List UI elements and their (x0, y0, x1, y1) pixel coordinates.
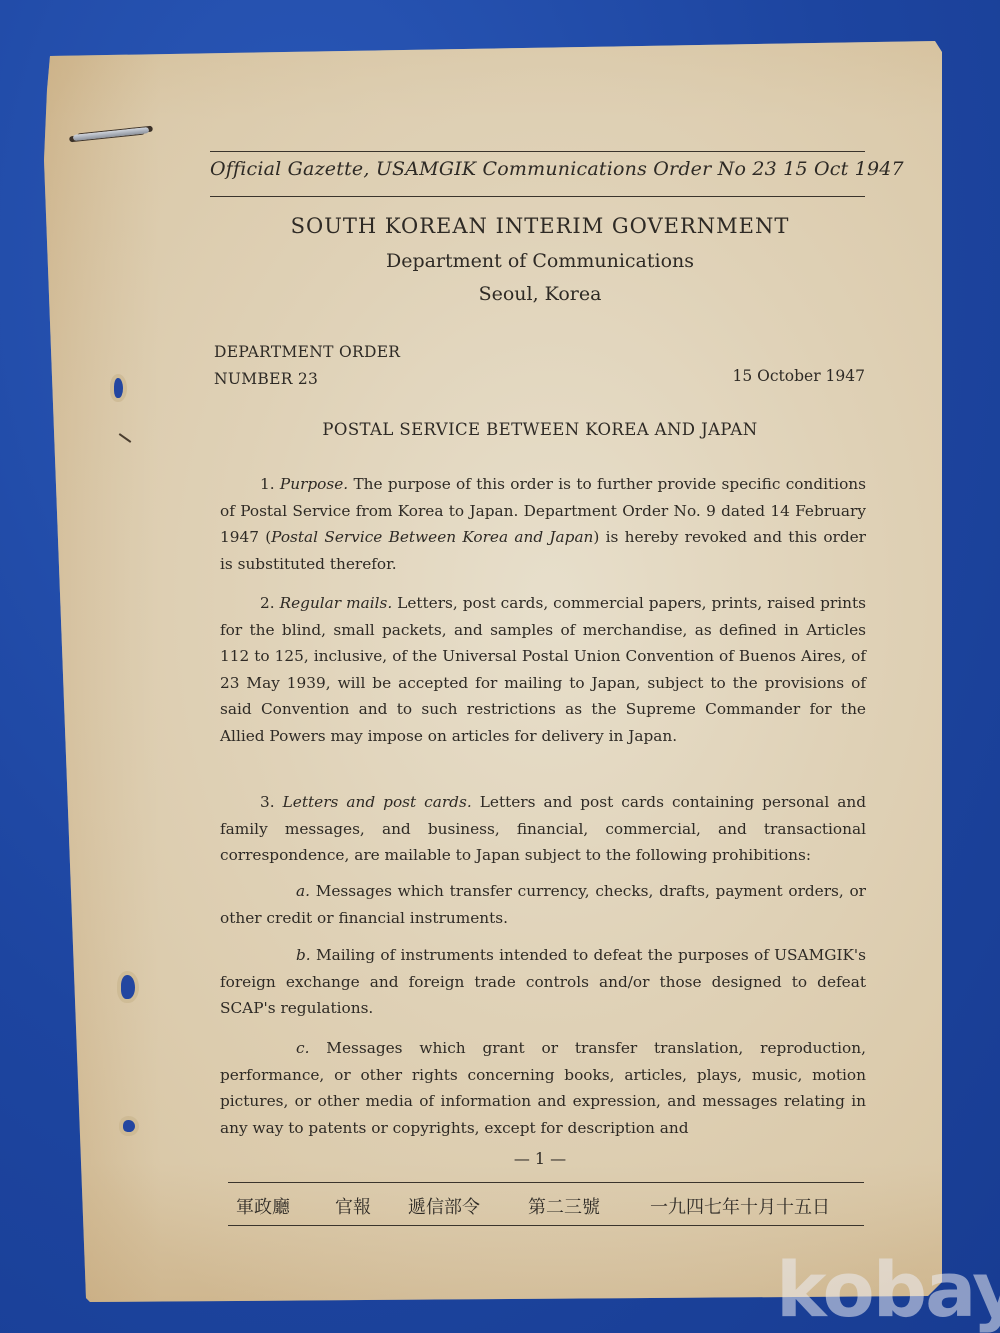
footer-cjk-dept-order: 遞信部令 (408, 1193, 480, 1219)
footer-cjk-date: 一九四七年十月十五日 (650, 1193, 830, 1219)
subitem-text: Messages which grant or transfer transla… (220, 1039, 866, 1137)
government-name: SOUTH KOREAN INTERIM GOVERNMENT (200, 214, 880, 238)
footer-cjk-number: 第二三號 (528, 1193, 600, 1219)
gazette-line: Official Gazette, USAMGIK Communications… (210, 158, 865, 180)
paragraph-number: 1. (260, 475, 275, 493)
subitem-letter: b. (296, 946, 311, 964)
location: Seoul, Korea (200, 283, 880, 305)
footer-cjk-military-govt: 軍政廳 (236, 1193, 290, 1219)
order-date: 15 October 1947 (733, 367, 865, 385)
order-number: NUMBER 23 (214, 370, 318, 388)
punch-hole (114, 378, 123, 398)
punch-hole (123, 1120, 135, 1132)
paragraph-heading: Purpose. (280, 475, 348, 493)
subitem-b: b. Mailing of instruments intended to de… (220, 942, 866, 1022)
subitem-a: a. Messages which transfer currency, che… (220, 878, 866, 931)
subitem-letter: c. (296, 1039, 309, 1057)
subitem-text: Messages which transfer currency, checks… (220, 882, 866, 927)
referenced-order-title: Postal Service Between Korea and Japan (271, 528, 593, 546)
order-label: DEPARTMENT ORDER (214, 343, 400, 361)
paragraph-heading: Letters and post cards. (283, 793, 472, 811)
subitem-text: Mailing of instruments intended to defea… (220, 946, 866, 1017)
paragraph-2: 2. Regular mails. Letters, post cards, c… (220, 590, 866, 749)
footer-cjk-gazette: 官報 (335, 1193, 371, 1219)
subitem-letter: a. (296, 882, 310, 900)
paragraph-text: Letters, post cards, commercial papers, … (220, 594, 866, 745)
paragraph-number: 3. (260, 793, 275, 811)
paragraph-heading: Regular mails. (280, 594, 393, 612)
punch-hole (121, 975, 135, 999)
footer-rule-bottom (228, 1225, 864, 1226)
footer-rule-top (228, 1182, 864, 1183)
page-number: — 1 — (200, 1149, 880, 1168)
order-title: POSTAL SERVICE BETWEEN KOREA AND JAPAN (200, 420, 880, 439)
watermark-logo: kobay (776, 1252, 1000, 1328)
subitem-c: c. Messages which grant or transfer tran… (220, 1035, 866, 1141)
paragraph-1: 1. Purpose. The purpose of this order is… (220, 471, 866, 577)
department-name: Department of Communications (200, 250, 880, 272)
header-rule-bottom (210, 196, 865, 197)
header-rule-top (210, 151, 865, 152)
paragraph-3: 3. Letters and post cards. Letters and p… (220, 789, 866, 869)
paragraph-number: 2. (260, 594, 275, 612)
